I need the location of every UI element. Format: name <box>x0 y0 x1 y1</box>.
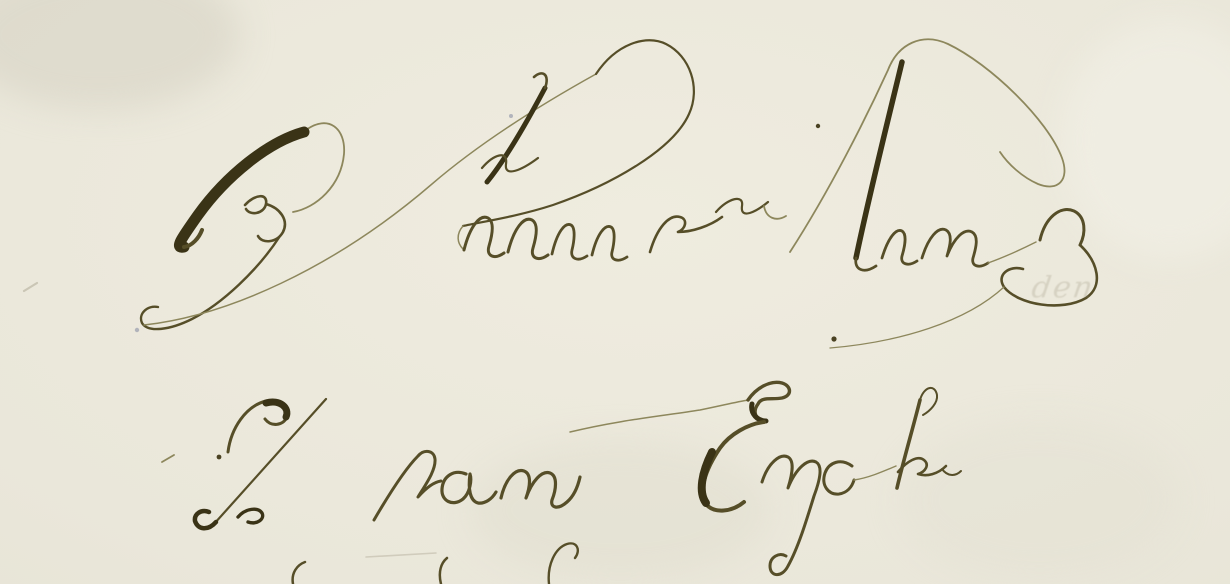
ink-stroke-g2-tail <box>830 287 1004 348</box>
pencil-smudge <box>366 553 436 557</box>
ink-stroke-u2 <box>508 219 548 258</box>
ink-fragment <box>293 562 305 584</box>
ink-stroke-h-stem-hook <box>534 73 547 88</box>
ink-stroke-j-foot <box>238 509 263 523</box>
ink-stroke-n <box>922 229 988 266</box>
ink-stroke-g2-bowl <box>1040 210 1084 245</box>
bleed-through-text: den <box>1030 270 1145 305</box>
ink-stroke-r-knot <box>716 199 768 214</box>
ink-end-dot <box>135 328 139 332</box>
ink-stroke-u1 <box>464 217 504 256</box>
ink-stroke-j-hook <box>195 511 216 528</box>
ink-stroke-e-knot <box>752 404 766 421</box>
ink-stroke-r-exit <box>764 206 786 219</box>
ink-stroke-k-tick <box>942 469 961 475</box>
ink-stroke-j-head-wedge <box>266 402 287 417</box>
ink-stroke-h-exit <box>458 226 463 249</box>
ink-fragment <box>549 543 578 584</box>
ink-stroke-g-knot <box>245 196 285 241</box>
ink-fragment <box>440 558 447 584</box>
grey-speck <box>24 283 37 291</box>
ink-stroke-g-heavy-left <box>179 132 304 247</box>
ink-end-dot <box>509 114 513 118</box>
ink-stroke-j-slash <box>214 399 326 524</box>
ink-dot <box>217 455 222 460</box>
ink-stroke-u3 <box>552 224 587 259</box>
ink-stroke-j-head <box>228 400 288 452</box>
ink-stroke-e-lead <box>570 400 748 432</box>
ink-speck <box>831 336 836 341</box>
ink-stroke-e-bowl <box>703 422 764 511</box>
ink-stroke-g-descender <box>141 236 280 329</box>
manuscript-scan: den G Huurling J van Eyck <box>0 0 1230 584</box>
ink-stroke-l-hook <box>856 258 876 270</box>
ink-stroke-l-loop <box>790 39 1065 252</box>
ink-stroke-h-cross-tick <box>482 155 538 171</box>
ink-stroke-a <box>442 472 496 503</box>
ink-stroke-k-stem <box>897 400 920 488</box>
ink-stroke-r-body <box>650 217 722 252</box>
ink-stroke-y <box>762 456 820 575</box>
ink-stroke-ck-connect <box>854 466 896 480</box>
ink-stroke-v <box>374 451 441 520</box>
cutoff-line-fragments <box>293 543 578 584</box>
ink-stroke-e-heavy <box>702 452 712 503</box>
ink-stroke-c <box>824 462 854 494</box>
ink-stroke-k-top-loop <box>920 388 937 415</box>
ink-stroke-i2 <box>882 230 917 264</box>
signature-g-huurling <box>135 39 1097 348</box>
ink-stroke-h-loop <box>463 40 694 226</box>
ink-stroke-i1 <box>592 226 627 260</box>
ink-stroke-n2 <box>501 471 580 508</box>
ink-speck <box>816 124 820 128</box>
ink-stroke-pre-j-tick <box>162 455 174 462</box>
ink-stroke-ng-connect <box>988 242 1036 263</box>
